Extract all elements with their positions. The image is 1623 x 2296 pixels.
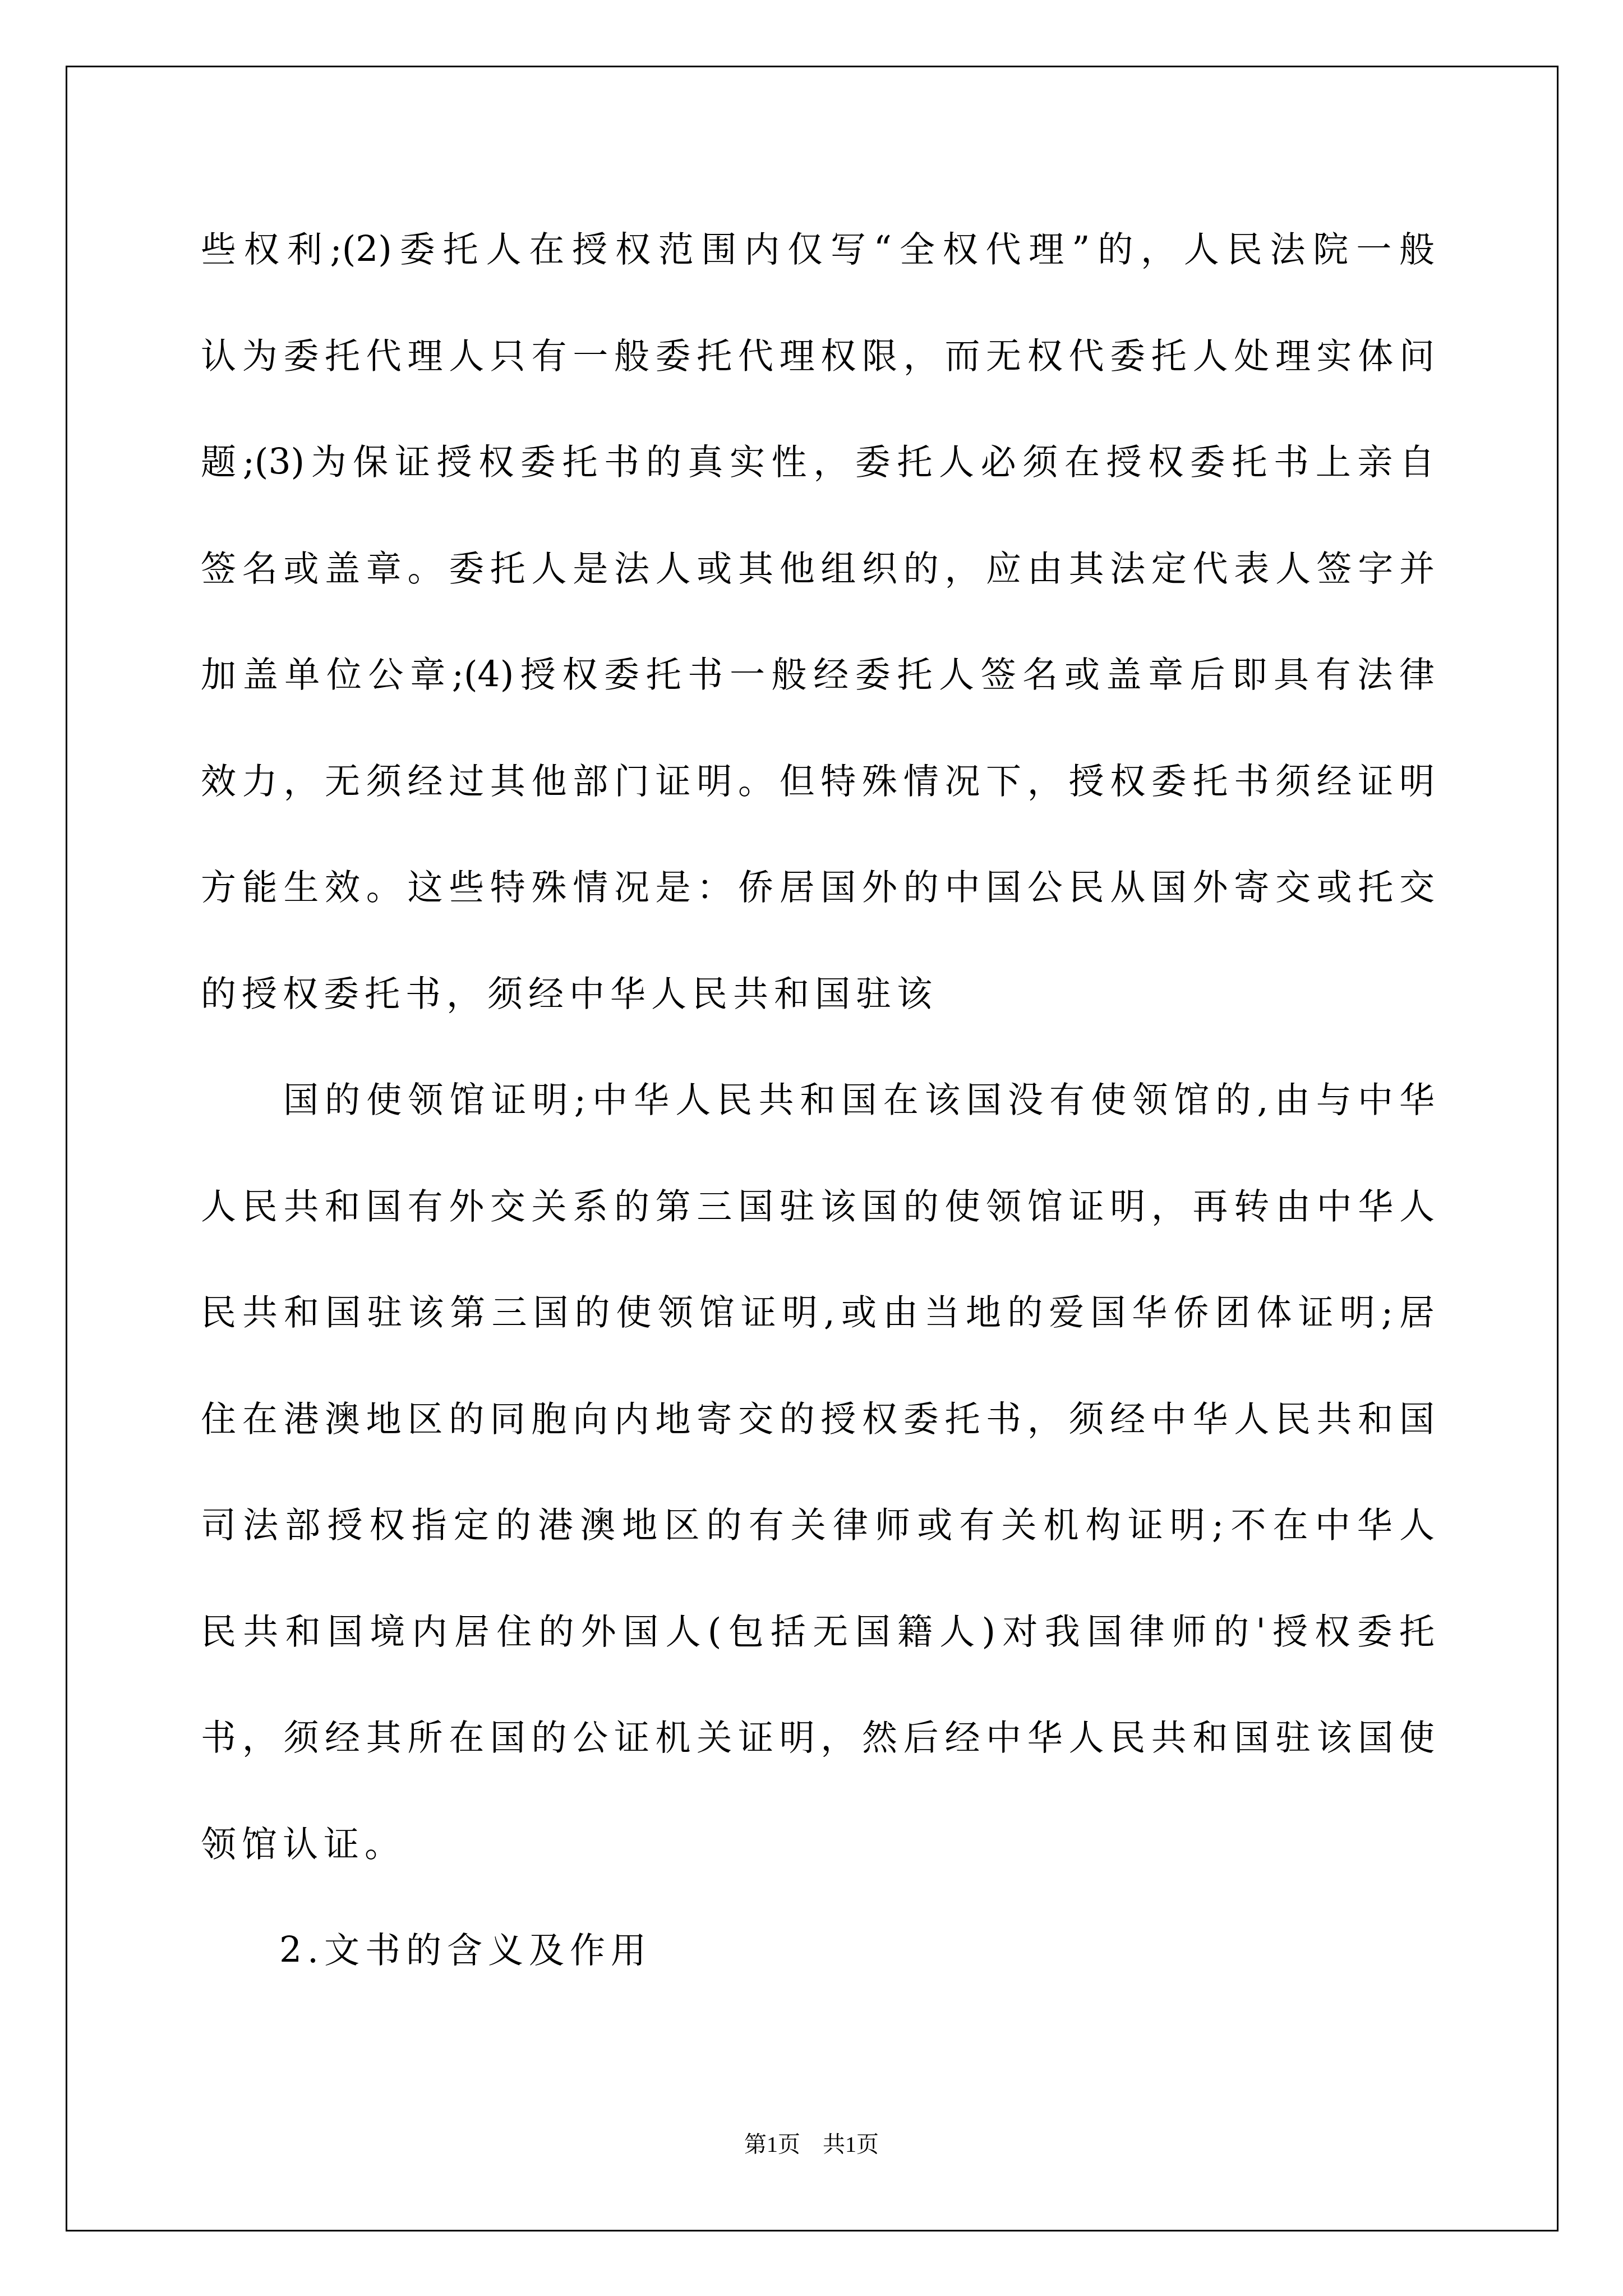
- text-line: 认为委托代理人只有一般委托代理权限，而无权代委托人处理实体问: [201, 334, 1435, 379]
- text-line: 签名或盖章。委托人是法人或其他组织的，应由其法定代表人签字并: [201, 546, 1435, 591]
- text-line: 题;(3)为保证授权委托书的真实性，委托人必须在授权委托书上亲自: [201, 440, 1435, 485]
- text-line: 民共和国境内居住的外国人(包括无国籍人)对我国律师的'授权委托: [201, 1609, 1435, 1654]
- text-line: 住在港澳地区的同胞向内地寄交的授权委托书，须经中华人民共和国: [201, 1397, 1435, 1442]
- page-footer: 第1页 共1页: [0, 2129, 1623, 2160]
- text-line: 方能生效。这些特殊情况是：侨居国外的中国公民从国外寄交或托交: [201, 865, 1435, 910]
- text-line: 司法部授权指定的港澳地区的有关律师或有关机构证明;不在中华人: [201, 1503, 1435, 1548]
- text-line: 书，须经其所在国的公证机关证明，然后经中华人民共和国驻该国使: [201, 1715, 1435, 1760]
- text-line: 领馆认证。: [201, 1822, 1435, 1867]
- text-line: 加盖单位公章;(4)授权委托书一般经委托人签名或盖章后即具有法律: [201, 652, 1435, 697]
- text-line: 国的使领馆证明;中华人民共和国在该国没有使领馆的,由与中华: [283, 1078, 1435, 1122]
- text-line: 些权利;(2)委托人在授权范围内仅写“全权代理”的，人民法院一般: [201, 227, 1435, 272]
- text-line: 效力，无须经过其他部门证明。但特殊情况下，授权委托书须经证明: [201, 759, 1435, 804]
- text-line: 人民共和国有外交关系的第三国驻该国的使领馆证明，再转由中华人: [201, 1184, 1435, 1229]
- text-line: 民共和国驻该第三国的使领馆证明,或由当地的爱国华侨团体证明;居: [201, 1290, 1435, 1335]
- page-border: [66, 66, 1559, 2231]
- text-line: 的授权委托书，须经中华人民共和国驻该: [201, 972, 1435, 1016]
- section-heading: 2.文书的含义及作用: [279, 1928, 652, 1973]
